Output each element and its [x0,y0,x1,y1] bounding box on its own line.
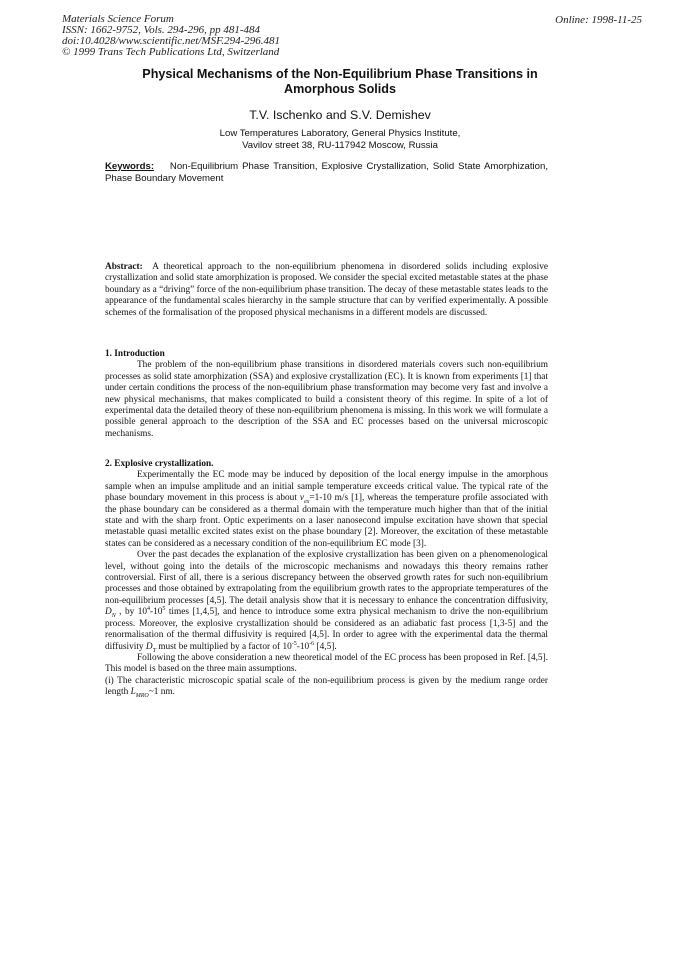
text-run: ~1 nm. [149,687,175,697]
abstract: Abstract: A theoretical approach to the … [105,262,548,319]
section-heading: 2. Explosive crystallization. [105,459,548,470]
math-var: D [146,642,153,652]
section-heading: 1. Introduction [105,349,548,360]
text-run: , by 10 [116,607,147,617]
online-date: Online: 1998-11-25 [555,14,642,26]
section-introduction: 1. Introduction The problem of the non-e… [105,349,548,440]
paper-title: Physical Mechanisms of the Non-Equilibri… [100,67,580,97]
authors: T.V. Ischenko and S.V. Demishev [100,108,580,122]
paragraph: The problem of the non-equilibrium phase… [105,360,548,440]
citation-header: Materials Science Forum ISSN: 1662-9752,… [62,14,280,58]
copyright-line: © 1999 Trans Tech Publications Ltd, Swit… [62,47,280,58]
keywords-list: Non-Equilibrium Phase Transition, Explos… [105,161,548,184]
affiliation-line-1: Low Temperatures Laboratory, General Phy… [100,128,580,140]
title-line-1: Physical Mechanisms of the Non-Equilibri… [100,67,580,82]
abstract-text: A theoretical approach to the non-equili… [105,262,548,318]
keywords-label: Keywords: [105,161,154,172]
text-run: [4,5]. [314,642,336,652]
math-var: D [105,607,112,617]
section-explosive-crystallization: 2. Explosive crystallization. Experiment… [105,459,548,699]
text-run: Over the past decades the explanation of… [105,550,548,606]
assumption-item: (i) The characteristic microscopic spati… [105,676,548,699]
keywords: Keywords: Non-Equilibrium Phase Transiti… [105,161,548,184]
math-sub: MRO [136,693,149,699]
abstract-label: Abstract: [105,262,143,272]
paragraph: Over the past decades the explanation of… [105,550,548,653]
text-run: -10 [150,607,162,617]
text-run: must be multiplied by a factor of 10 [156,642,292,652]
paragraph: Experimentally the EC mode may be induce… [105,470,548,550]
affiliation: Low Temperatures Laboratory, General Phy… [100,128,580,151]
affiliation-line-2: Vavilov street 38, RU-117942 Moscow, Rus… [100,140,580,152]
text-run: -10 [297,642,309,652]
title-line-2: Amorphous Solids [100,82,580,97]
paragraph: Following the above consideration a new … [105,653,548,676]
